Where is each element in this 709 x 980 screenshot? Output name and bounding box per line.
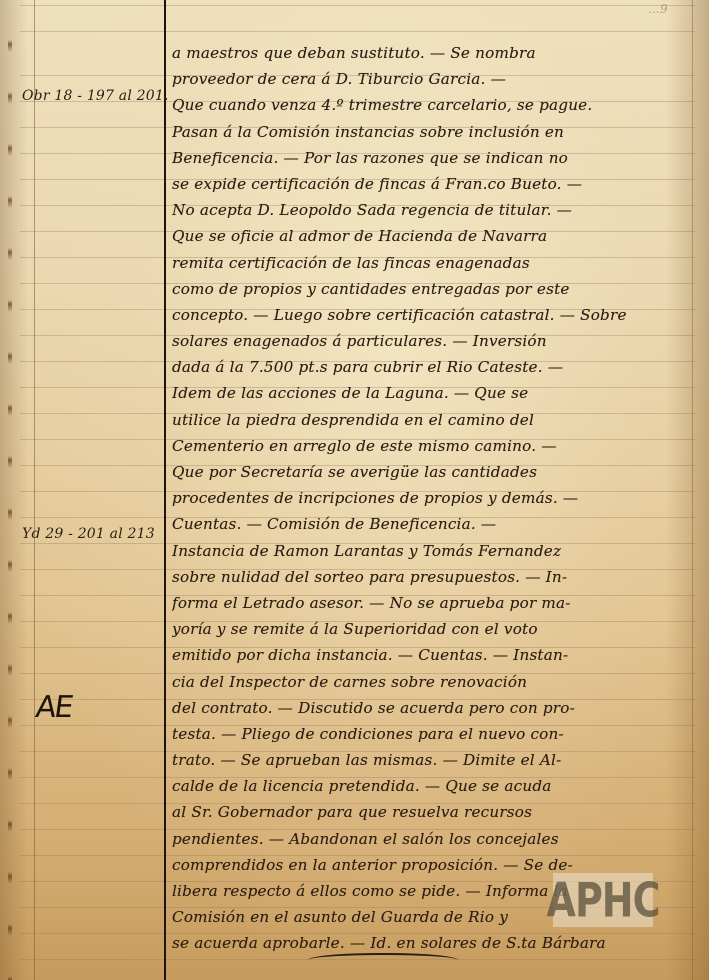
- text-line: se expide certificación de fincas á Fran…: [172, 171, 694, 197]
- text-line: emitido por dicha instancia. — Cuentas. …: [172, 642, 694, 668]
- text-line: procedentes de incripciones de propios y…: [172, 485, 694, 511]
- text-line: Instancia de Ramon Larantas y Tomás Fern…: [172, 538, 694, 564]
- text-line: testa. — Pliego de condiciones para el n…: [172, 721, 694, 747]
- text-line: forma el Letrado asesor. — No se aprueba…: [172, 590, 694, 616]
- text-line: a maestros que deban sustituto. — Se nom…: [172, 40, 694, 66]
- margin-mark: AE: [34, 690, 74, 725]
- text-line: Que se oficie al admor de Hacienda de Na…: [172, 223, 694, 249]
- binding-edge: [8, 0, 12, 980]
- left-margin-rule: [34, 0, 35, 980]
- text-line: Cuentas. — Comisión de Beneficencia. —: [172, 511, 694, 537]
- text-line: proveedor de cera á D. Tiburcio Garcia. …: [172, 66, 694, 92]
- text-line: utilice la piedra desprendida en el cami…: [172, 407, 694, 433]
- text-line: Beneficencia. — Por las razones que se i…: [172, 145, 694, 171]
- text-line: Cementerio en arreglo de este mismo cami…: [172, 433, 694, 459]
- text-line: se acuerda aprobarle. — Id. en solares d…: [172, 930, 694, 956]
- text-line: Idem de las acciones de la Laguna. — Que…: [172, 380, 694, 406]
- text-line: dada á la 7.500 pt.s para cubrir el Rio …: [172, 354, 694, 380]
- ledger-page: ...9 Obr 18 - 197 al 201. Yd 29 - 201 al…: [0, 0, 709, 980]
- margin-note-1: Obr 18 - 197 al 201.: [22, 88, 169, 104]
- text-line: pendientes. — Abandonan el salón los con…: [172, 826, 694, 852]
- watermark-logo: APHC: [553, 873, 653, 927]
- text-line: Pasan á la Comisión instancias sobre inc…: [172, 119, 694, 145]
- text-line: No acepta D. Leopoldo Sada regencia de t…: [172, 197, 694, 223]
- folio-number: ...9: [648, 2, 668, 16]
- text-line: Que cuando venza 4.º trimestre carcelari…: [172, 92, 694, 118]
- text-line: como de propios y cantidades entregadas …: [172, 276, 694, 302]
- text-line: cia del Inspector de carnes sobre renova…: [172, 669, 694, 695]
- text-line: del contrato. — Discutido se acuerda per…: [172, 695, 694, 721]
- text-line: Que por Secretaría se averigüe las canti…: [172, 459, 694, 485]
- text-line: solares enagenados á particulares. — Inv…: [172, 328, 694, 354]
- text-line: concepto. — Luego sobre certificación ca…: [172, 302, 694, 328]
- minutes-body: a maestros que deban sustituto. — Se nom…: [172, 40, 694, 957]
- closing-flourish: [308, 953, 458, 967]
- text-line: sobre nulidad del sorteo para presupuest…: [172, 564, 694, 590]
- margin-rule: [164, 0, 166, 980]
- text-line: yoría y se remite á la Superioridad con …: [172, 616, 694, 642]
- margin-note-2: Yd 29 - 201 al 213: [22, 526, 155, 542]
- text-line: calde de la licencia pretendida. — Que s…: [172, 773, 694, 799]
- watermark-text: APHC: [547, 873, 660, 928]
- text-line: al Sr. Gobernador para que resuelva recu…: [172, 799, 694, 825]
- text-line: remita certificación de las fincas enage…: [172, 250, 694, 276]
- text-line: trato. — Se aprueban las mismas. — Dimit…: [172, 747, 694, 773]
